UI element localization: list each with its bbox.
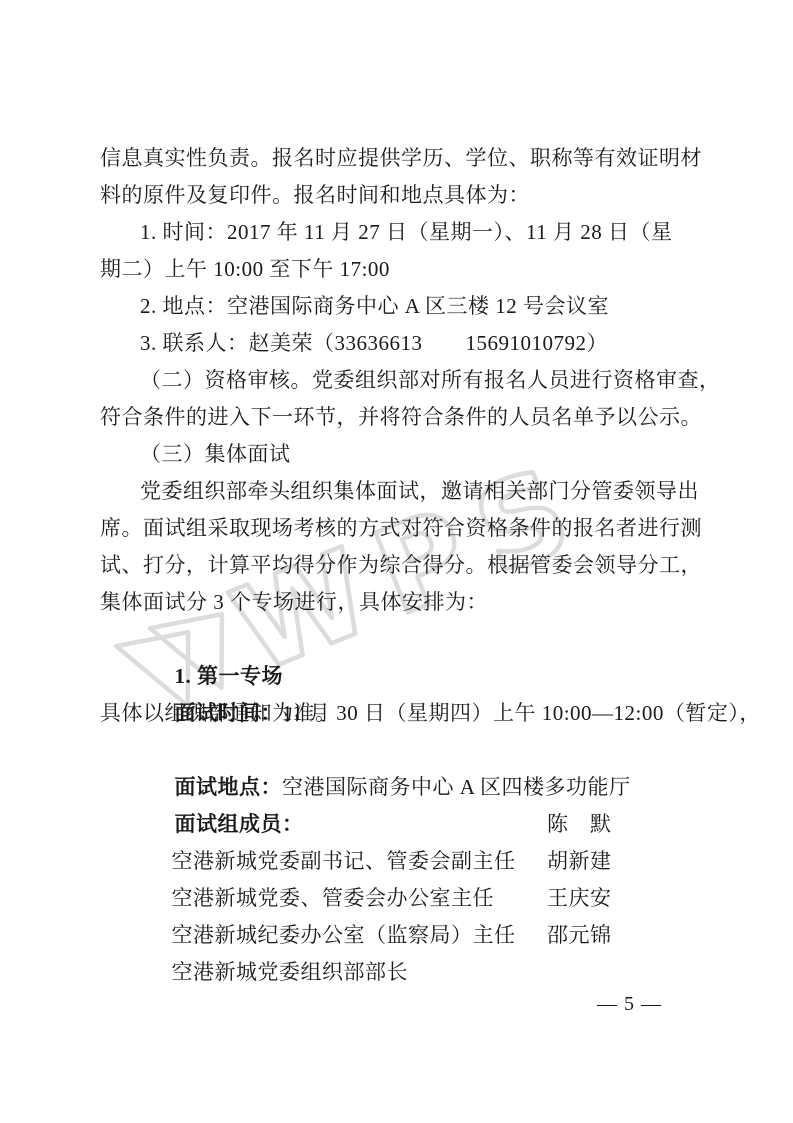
member-name: 胡新建 [547, 843, 612, 880]
document-body: 信息真实性负责。报名时应提供学历、学位、职称等有效证明材 料的原件及复印件。报名… [100, 140, 700, 954]
text-line: 集体面试分 3 个专场进行，具体安排为： [100, 584, 700, 621]
text-line: 符合条件的进入下一环节，并将符合条件的人员名单予以公示。 [100, 399, 700, 436]
text-line: 1. 时间：2017 年 11 月 27 日（星期一）、11 月 28 日（星 [100, 214, 700, 251]
member-row: 空港新城纪委办公室（监察局）主任 王庆安 [100, 880, 700, 917]
text-line: 试、打分，计算平均得分作为综合得分。根据管委会领导分工， [100, 547, 700, 584]
line-text: 11 月 30 日（星期四）上午 10:00—12:00（暂定）， [282, 701, 761, 725]
member-name: 陈 默 [547, 806, 612, 843]
line-text: 空港国际商务中心 A 区四楼多功能厅 [282, 775, 631, 799]
bold-label: 1. 第一专场 [175, 664, 284, 688]
member-name: 邵元锦 [547, 917, 612, 954]
member-role: 空港新城党委组织部部长 [172, 960, 409, 984]
text-line: 2. 地点：空港国际商务中心 A 区三楼 12 号会议室 [100, 288, 700, 325]
text-line: 料的原件及复印件。报名时间和地点具体为： [100, 177, 700, 214]
page-number: — 5 — [597, 993, 662, 1016]
member-name: 王庆安 [547, 880, 612, 917]
text-line: 面试地点：空港国际商务中心 A 区四楼多功能厅 [100, 732, 700, 769]
document-page: WPS 信息真实性负责。报名时应提供学历、学位、职称等有效证明材 料的原件及复印… [0, 0, 793, 1123]
text-line: （二）资格审核。党委组织部对所有报名人员进行资格审查， [100, 362, 700, 399]
member-row: 空港新城党委组织部部长 邵元锦 [100, 917, 700, 954]
text-line: 信息真实性负责。报名时应提供学历、学位、职称等有效证明材 [100, 140, 700, 177]
member-row: 空港新城党委副书记、管委会副主任 陈 默 [100, 806, 700, 843]
member-row: 空港新城党委、管委会办公室主任 胡新建 [100, 843, 700, 880]
text-line: 期二）上午 10:00 至下午 17:00 [100, 251, 700, 288]
section-heading-line: 1. 第一专场 [100, 621, 700, 658]
text-line: 党委组织部牵头组织集体面试，邀请相关部门分管委领导出 [100, 473, 700, 510]
text-line: 3. 联系人：赵美荣（33636613 15691010792） [100, 325, 700, 362]
bold-label: 面试地点： [175, 775, 283, 799]
text-line: 席。面试组采取现场考核的方式对符合资格条件的报名者进行测 [100, 510, 700, 547]
section-heading-line: （三）集体面试 [100, 436, 700, 473]
